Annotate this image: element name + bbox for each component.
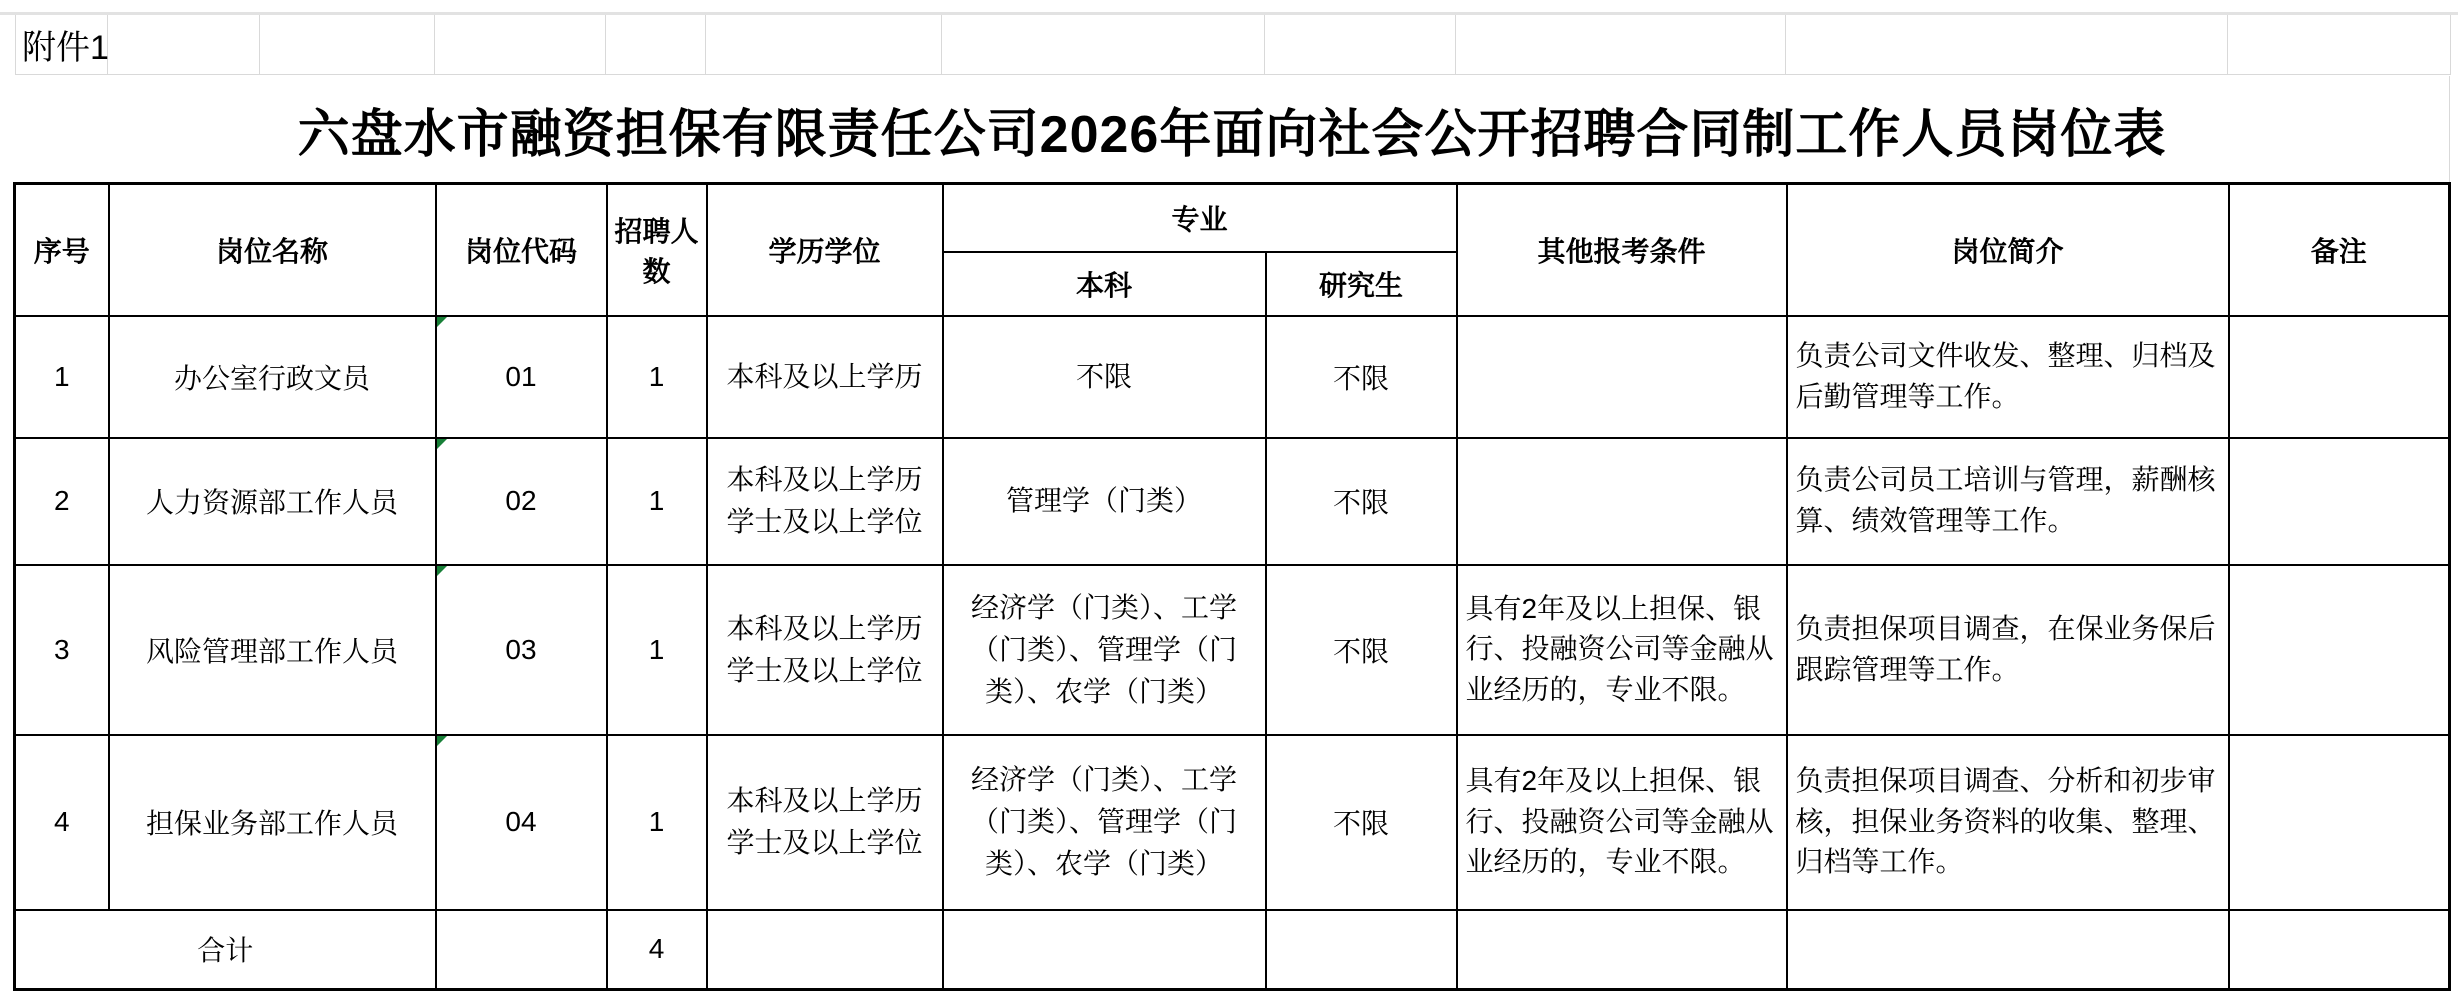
col-header-position-intro: 岗位简介 [1787, 184, 2229, 316]
sheet-grid-row: 附件1 [15, 15, 2451, 75]
total-row: 合计 4 [15, 910, 2450, 990]
header-row-1: 序号 岗位名称 岗位代码 招聘人数 学历学位 专业 其他报考条件 岗位简介 备注 [15, 184, 2450, 252]
empty-cell [1266, 910, 1457, 990]
sheet-cell [1265, 15, 1456, 75]
position-code-value: 01 [505, 361, 536, 392]
graduate-major-cell: 不限 [1266, 735, 1457, 910]
col-header-graduate: 研究生 [1266, 252, 1457, 316]
degree-cell: 本科及以上学历 学士及以上学位 [707, 735, 943, 910]
degree-cell: 本科及以上学历 [707, 316, 943, 438]
bachelor-major-cell: 管理学（门类） [943, 438, 1266, 565]
table-row: 4 担保业务部工作人员 04 1 本科及以上学历 学士及以上学位 经济学（门类）… [15, 735, 2450, 910]
col-header-major: 专业 [943, 184, 1457, 252]
position-intro-cell: 负责公司员工培训与管理，薪酬核算、绩效管理等工作。 [1787, 438, 2229, 565]
col-header-degree: 学历学位 [707, 184, 943, 316]
empty-cell [2229, 910, 2450, 990]
empty-cell [707, 910, 943, 990]
position-intro-cell: 负责担保项目调查、分析和初步审核，担保业务资料的收集、整理、归档等工作。 [1787, 735, 2229, 910]
position-name-cell: 办公室行政文员 [109, 316, 436, 438]
position-name-cell: 人力资源部工作人员 [109, 438, 436, 565]
table-row: 2 人力资源部工作人员 02 1 本科及以上学历 学士及以上学位 管理学（门类）… [15, 438, 2450, 565]
col-header-bachelor: 本科 [943, 252, 1266, 316]
position-code-cell: 03 [436, 565, 607, 735]
recruit-count-cell: 1 [607, 316, 707, 438]
bachelor-major-cell: 经济学（门类）、工学（门类）、管理学（门类）、农学（门类） [943, 565, 1266, 735]
empty-cell [943, 910, 1266, 990]
empty-cell [1457, 910, 1787, 990]
error-flag-icon [437, 566, 447, 576]
serial-cell: 2 [15, 438, 109, 565]
other-requirements-cell: 具有2年及以上担保、银行、投融资公司等金融从业经历的，专业不限。 [1457, 735, 1787, 910]
sheet-cell [1786, 15, 2228, 75]
remarks-cell [2229, 565, 2450, 735]
other-requirements-cell [1457, 316, 1787, 438]
sheet-cell [2228, 15, 2451, 75]
remarks-cell [2229, 438, 2450, 565]
position-code-cell: 04 [436, 735, 607, 910]
sheet-cell [706, 15, 942, 75]
graduate-major-cell: 不限 [1266, 565, 1457, 735]
title-row: 六盘水市融资担保有限责任公司2026年面向社会公开招聘合同制工作人员岗位表 [15, 76, 2450, 182]
col-header-position-name: 岗位名称 [109, 184, 436, 316]
degree-cell: 本科及以上学历 学士及以上学位 [707, 438, 943, 565]
bachelor-major-cell: 经济学（门类）、工学（门类）、管理学（门类）、农学（门类） [943, 735, 1266, 910]
table-row: 3 风险管理部工作人员 03 1 本科及以上学历 学士及以上学位 经济学（门类）… [15, 565, 2450, 735]
remarks-cell [2229, 316, 2450, 438]
error-flag-icon [437, 439, 447, 449]
total-code-cell [436, 910, 607, 990]
graduate-major-cell: 不限 [1266, 438, 1457, 565]
total-count-cell: 4 [607, 910, 707, 990]
remarks-cell [2229, 735, 2450, 910]
total-label-cell: 合计 [15, 910, 436, 990]
recruitment-table: 序号 岗位名称 岗位代码 招聘人数 学历学位 专业 其他报考条件 岗位简介 备注… [13, 182, 2451, 991]
col-header-recruit-count: 招聘人数 [607, 184, 707, 316]
error-flag-icon [437, 317, 447, 327]
sheet-cell [435, 15, 606, 75]
empty-cell [1787, 910, 2229, 990]
sheet-cell [108, 15, 260, 75]
serial-cell: 1 [15, 316, 109, 438]
recruit-count-cell: 1 [607, 565, 707, 735]
position-code-value: 02 [505, 485, 536, 516]
position-code-cell: 01 [436, 316, 607, 438]
position-code-value: 03 [505, 634, 536, 665]
col-header-other-requirements: 其他报考条件 [1457, 184, 1787, 316]
position-code-cell: 02 [436, 438, 607, 565]
position-name-cell: 风险管理部工作人员 [109, 565, 436, 735]
graduate-major-cell: 不限 [1266, 316, 1457, 438]
other-requirements-cell: 具有2年及以上担保、银行、投融资公司等金融从业经历的，专业不限。 [1457, 565, 1787, 735]
sheet-cell [1456, 15, 1786, 75]
position-name-cell: 担保业务部工作人员 [109, 735, 436, 910]
spreadsheet-page: 附件1 六盘水市融资担保有限责任公司2026年面向社会公开招聘合同制工作人员岗位… [0, 0, 2458, 1008]
position-code-value: 04 [505, 806, 536, 837]
sheet-cell [942, 15, 1265, 75]
col-header-remarks: 备注 [2229, 184, 2450, 316]
position-intro-cell: 负责公司文件收发、整理、归档及后勤管理等工作。 [1787, 316, 2229, 438]
bachelor-major-cell: 不限 [943, 316, 1266, 438]
error-flag-icon [437, 736, 447, 746]
degree-cell: 本科及以上学历 学士及以上学位 [707, 565, 943, 735]
attachment-label: 附件1 [16, 15, 108, 75]
sheet-cell [606, 15, 706, 75]
col-header-position-code: 岗位代码 [436, 184, 607, 316]
position-intro-cell: 负责担保项目调查，在保业务保后跟踪管理等工作。 [1787, 565, 2229, 735]
recruit-count-cell: 1 [607, 735, 707, 910]
serial-cell: 4 [15, 735, 109, 910]
recruit-count-cell: 1 [607, 438, 707, 565]
table-row: 1 办公室行政文员 01 1 本科及以上学历 不限 不限 负责公司文件收发、整理… [15, 316, 2450, 438]
page-title: 六盘水市融资担保有限责任公司2026年面向社会公开招聘合同制工作人员岗位表 [298, 92, 2167, 167]
serial-cell: 3 [15, 565, 109, 735]
other-requirements-cell [1457, 438, 1787, 565]
sheet-cell [260, 15, 435, 75]
col-header-serial: 序号 [15, 184, 109, 316]
